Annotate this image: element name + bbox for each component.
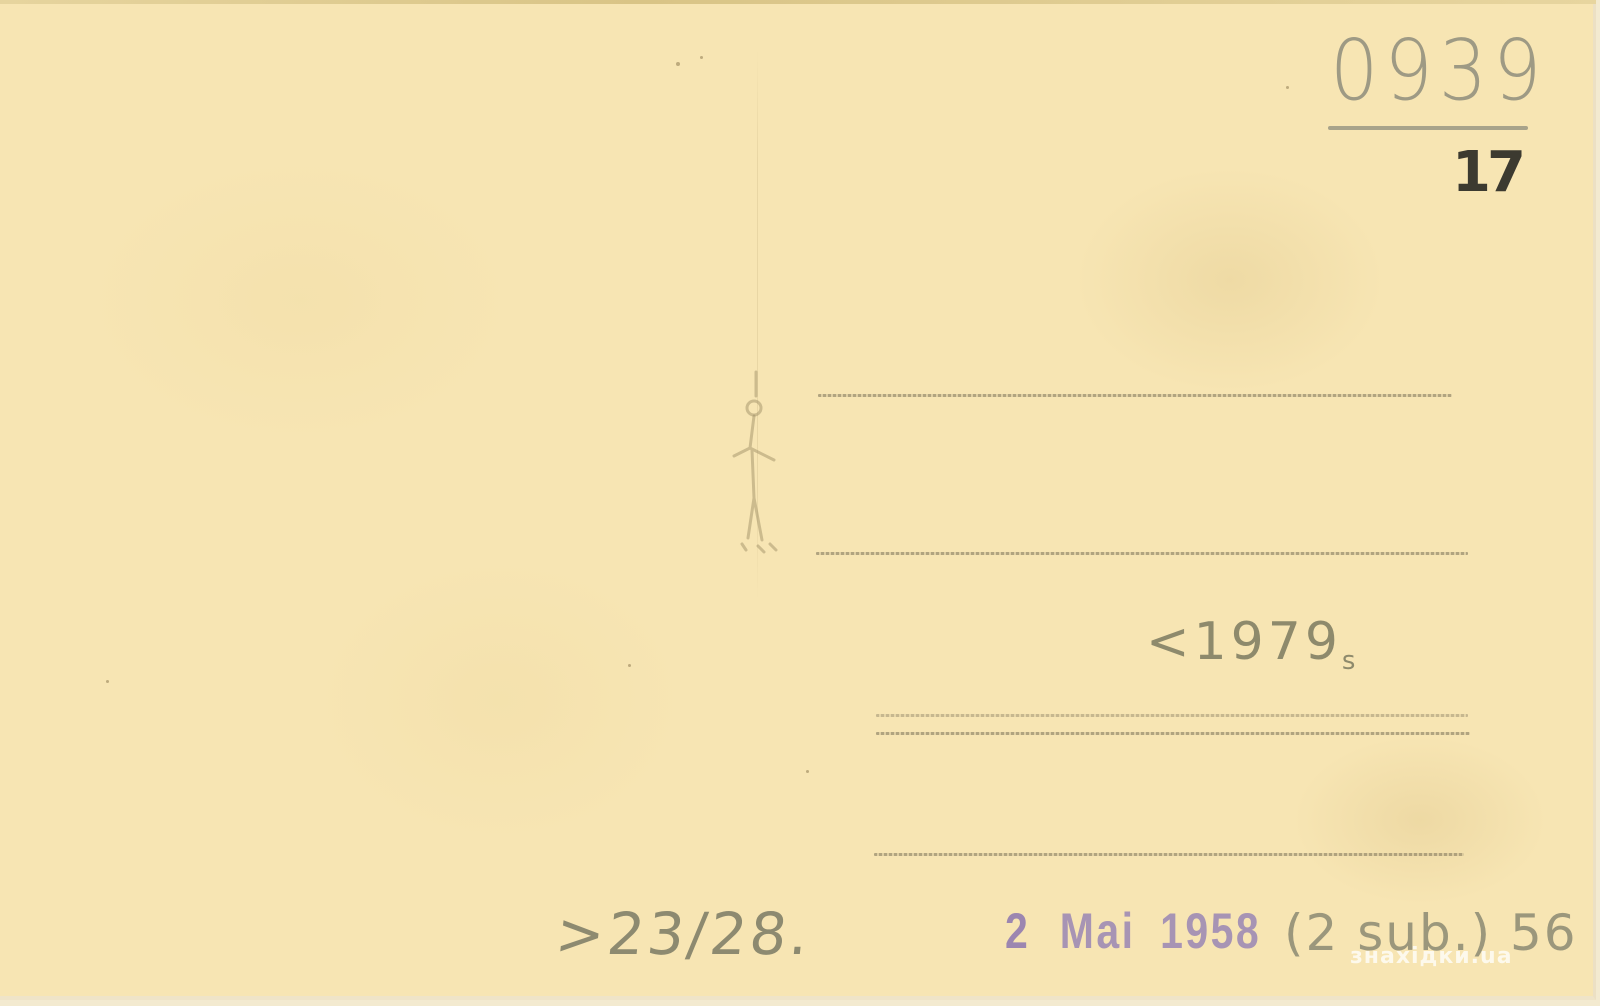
handwritten-year-note: <1979s xyxy=(1146,612,1359,676)
address-line-2 xyxy=(816,552,1468,555)
stamp-year: 1958 xyxy=(1160,903,1261,959)
date-stamp: 2Mai1958 xyxy=(1005,902,1261,960)
handwritten-archive-note: >23/28. xyxy=(552,900,814,968)
faint-figure-illustration xyxy=(724,368,788,558)
watermark-text: знахідки.ua xyxy=(1350,944,1513,969)
address-line-1 xyxy=(818,394,1452,397)
address-line-3a xyxy=(876,714,1468,717)
paper-speck xyxy=(628,664,631,667)
paper-speck xyxy=(1286,86,1289,89)
reference-fraction-rule xyxy=(1328,126,1528,130)
paper-speck xyxy=(700,56,703,59)
postcard-back: 0939 17 <1979s >23/28. 2Mai1958 (2 sub.)… xyxy=(0,0,1596,1000)
year-note-text: <1979 xyxy=(1146,612,1342,672)
address-line-3b xyxy=(876,732,1470,735)
year-note-suffix: s xyxy=(1342,646,1360,676)
reference-sub-number: 17 xyxy=(1452,140,1522,205)
reference-number: 0939 xyxy=(1330,22,1547,120)
paper-speck xyxy=(676,62,680,66)
paper-speck xyxy=(806,770,809,773)
paper-speck xyxy=(106,680,109,683)
stamp-month: Mai xyxy=(1060,903,1136,959)
address-line-4 xyxy=(874,853,1464,856)
stamp-day: 2 xyxy=(1005,903,1030,959)
card-top-edge xyxy=(0,0,1596,4)
